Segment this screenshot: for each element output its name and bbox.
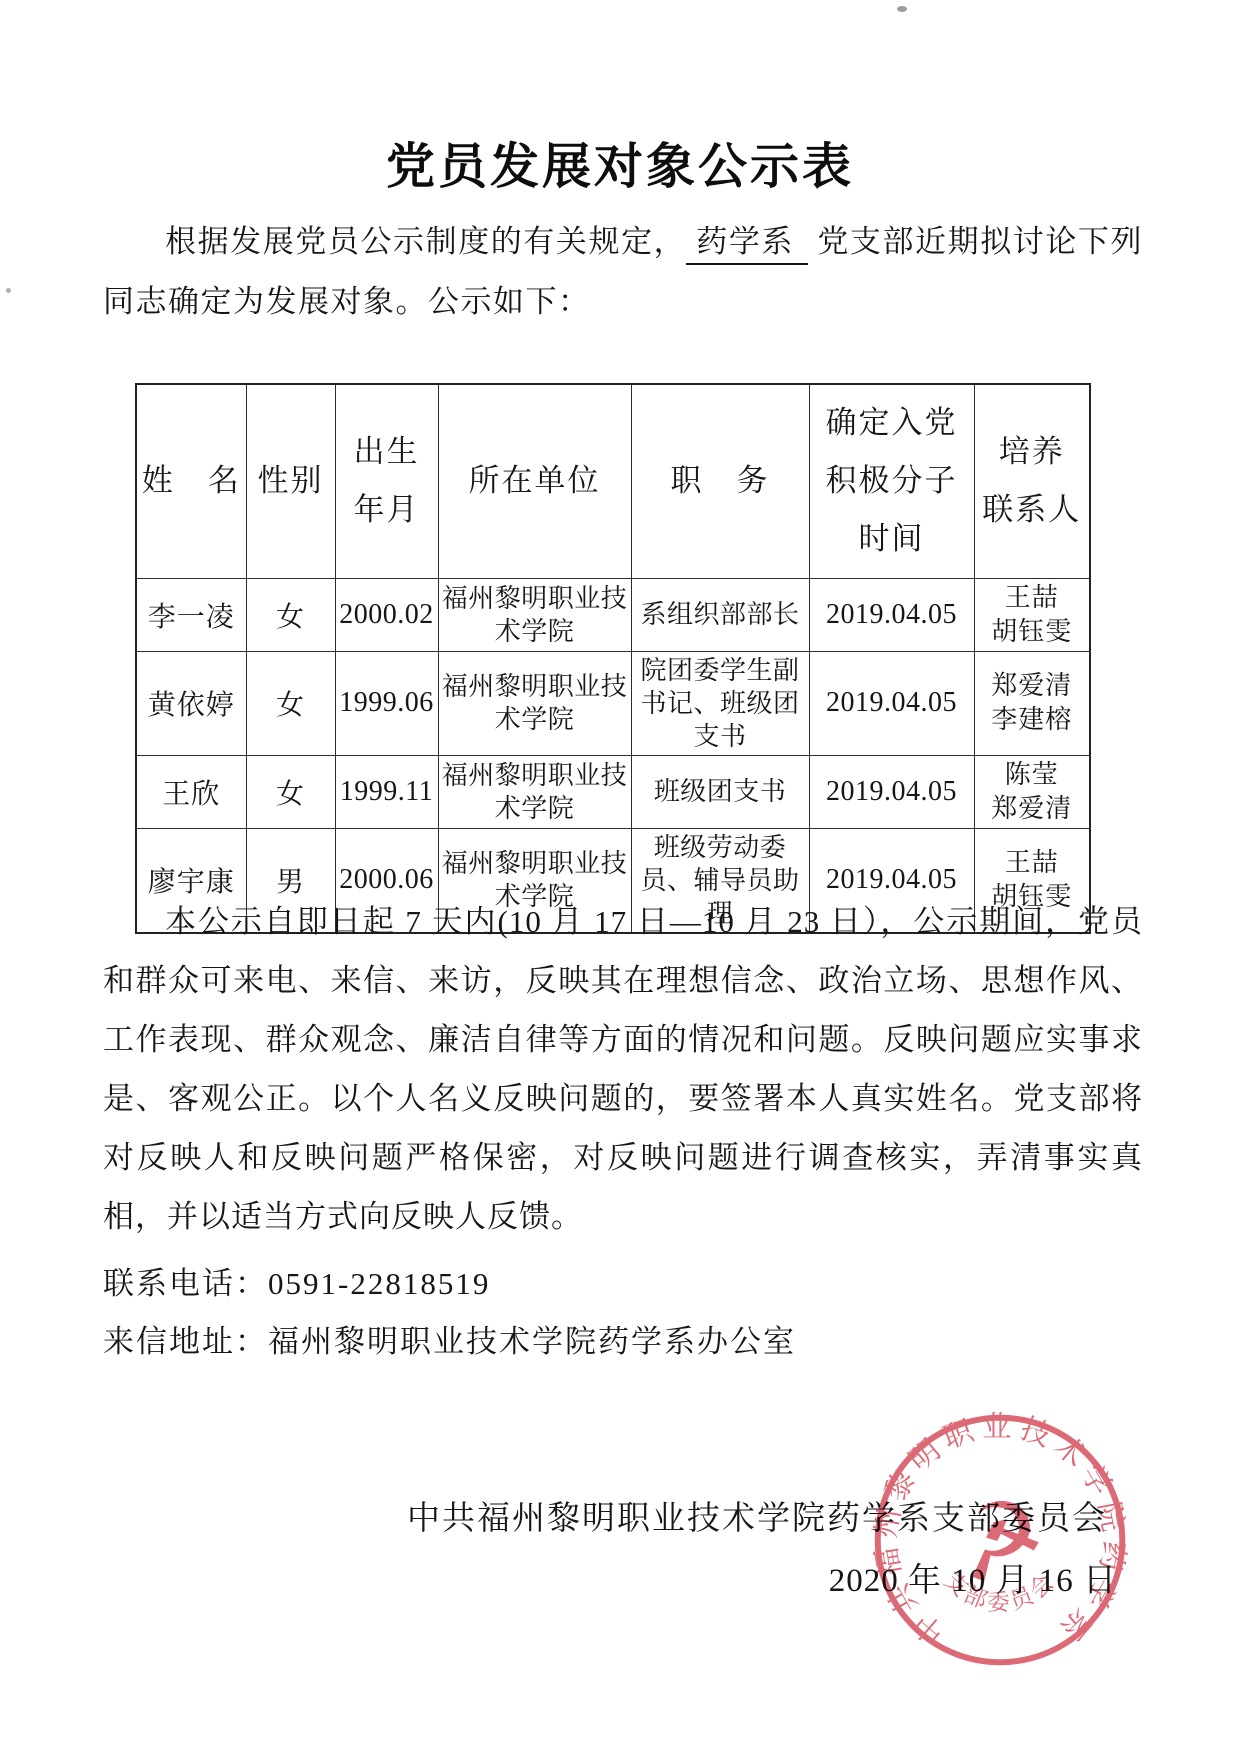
cell-mentor: 郑爱清 李建榕 <box>974 651 1090 755</box>
header-duty: 职 务 <box>631 384 809 578</box>
cell-unit: 福州黎明职业技术学院 <box>438 651 631 755</box>
cell-unit: 福州黎明职业技术学院 <box>438 755 631 828</box>
header-birth: 出生 年月 <box>335 384 438 578</box>
scanned-document-page: 党员发展对象公示表 根据发展党员公示制度的有关规定，药学系 党支部近期拟讨论下列… <box>0 0 1240 1753</box>
cell-gender: 女 <box>246 651 335 755</box>
signoff-date: 2020 年 10 月 16 日 <box>829 1554 1117 1601</box>
header-activist-date: 确定入党 积极分子 时间 <box>809 384 974 578</box>
notice-paragraph: 本公示自即日起 7 天内(10 月 17 日—10 月 23 日），公示期间，党… <box>103 892 1143 1246</box>
cell-mentor: 王喆 胡钰雯 <box>974 578 1090 651</box>
table-header-row: 姓 名 性别 出生 年月 所在单位 职 务 确定入党 积极分子 时间 培养 联系… <box>136 384 1090 578</box>
cell-birth: 1999.11 <box>335 755 438 828</box>
cell-activist-date: 2019.04.05 <box>809 578 974 651</box>
table-row: 黄依婷 女 1999.06 福州黎明职业技术学院 院团委学生副书记、班级团支书 … <box>136 651 1090 755</box>
cell-name: 王欣 <box>136 755 246 828</box>
cell-birth: 1999.06 <box>335 651 438 755</box>
contact-address-line: 来信地址：福州黎明职业技术学院药学系办公室 <box>103 1316 796 1361</box>
header-mentor: 培养 联系人 <box>974 384 1090 578</box>
cell-unit: 福州黎明职业技术学院 <box>438 578 631 651</box>
cell-gender: 女 <box>246 755 335 828</box>
cell-duty: 系组织部部长 <box>631 578 809 651</box>
signoff-organization: 中共福州黎明职业技术学院药学系支部委员会 <box>407 1492 1107 1539</box>
address-value: 福州黎明职业技术学院药学系办公室 <box>268 1324 796 1359</box>
scan-artifact-dot <box>6 288 11 293</box>
cell-activist-date: 2019.04.05 <box>809 755 974 828</box>
table-row: 王欣 女 1999.11 福州黎明职业技术学院 班级团支书 2019.04.05… <box>136 755 1090 828</box>
header-name: 姓 名 <box>136 384 246 578</box>
scan-artifact-speck <box>897 6 907 12</box>
phone-number: 0591-22818519 <box>268 1266 490 1301</box>
cell-name: 黄依婷 <box>136 651 246 755</box>
address-label: 来信地址： <box>103 1324 268 1359</box>
header-unit: 所在单位 <box>438 384 631 578</box>
cell-duty: 班级团支书 <box>631 755 809 828</box>
official-red-seal: 中共福州黎明职业技术学院药学系 支部委员会 ☭ <box>869 1409 1131 1671</box>
document-title: 党员发展对象公示表 <box>0 128 1240 198</box>
candidates-table: 姓 名 性别 出生 年月 所在单位 职 务 确定入党 积极分子 时间 培养 联系… <box>135 383 1091 934</box>
phone-label: 联系电话： <box>103 1266 268 1301</box>
seal-outer-ring <box>878 1418 1123 1663</box>
cell-activist-date: 2019.04.05 <box>809 651 974 755</box>
header-gender: 性别 <box>246 384 335 578</box>
cell-mentor: 陈莹 郑爱清 <box>974 755 1090 828</box>
cell-gender: 女 <box>246 578 335 651</box>
table-row: 李一凌 女 2000.02 福州黎明职业技术学院 系组织部部长 2019.04.… <box>136 578 1090 651</box>
intro-text-before: 根据发展党员公示制度的有关规定， <box>165 224 686 259</box>
intro-branch-name-underlined: 药学系 <box>686 224 808 265</box>
cell-name: 李一凌 <box>136 578 246 651</box>
intro-paragraph: 根据发展党员公示制度的有关规定，药学系 党支部近期拟讨论下列同志确定为发展对象。… <box>103 212 1143 332</box>
cell-duty: 院团委学生副书记、班级团支书 <box>631 651 809 755</box>
contact-phone-line: 联系电话：0591-22818519 <box>103 1258 490 1303</box>
cell-birth: 2000.02 <box>335 578 438 651</box>
